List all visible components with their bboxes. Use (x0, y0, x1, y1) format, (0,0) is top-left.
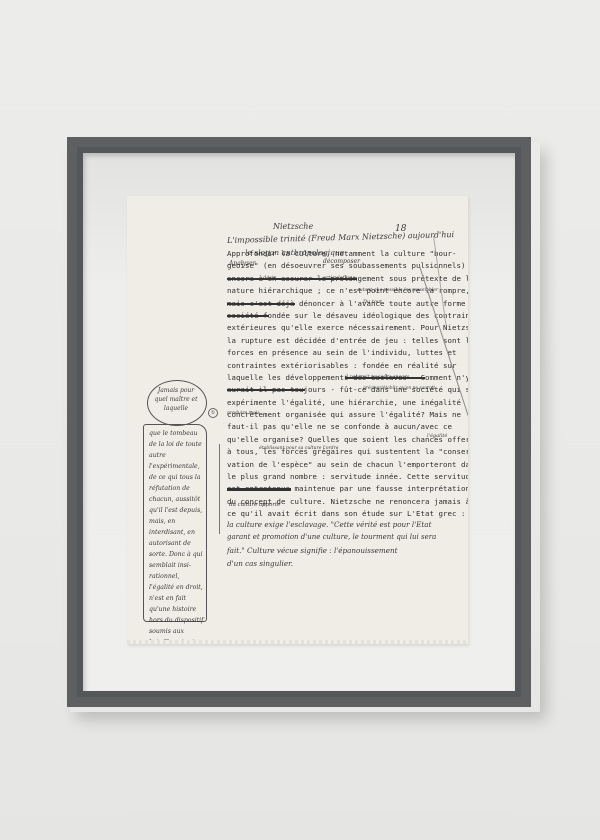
typed-line: Approfondir la culture, notamment la cul… (227, 248, 465, 260)
typed-line: le plus grand nombre : servitude innée. … (227, 471, 465, 483)
strikethrough-mark (345, 377, 425, 379)
strikethrough-mark (227, 315, 269, 317)
margin-marker: ① (208, 408, 218, 418)
typed-line: la rupture est décidée d'entrée de jeu :… (227, 335, 465, 347)
strikethrough-mark (227, 389, 305, 391)
strikethrough-mark (227, 488, 291, 491)
title-annotation: Nietzsche (273, 222, 313, 231)
typed-line: du concept de culture. Nietzsche ne reno… (227, 496, 465, 508)
typed-line: expérimente l'égalité, une hiérarchie, u… (227, 397, 465, 409)
handwritten-continuation-line: la culture exige l'esclavage. "Cette vér… (227, 520, 431, 529)
typed-line: extérieures qu'elle exerce nécessairemen… (227, 322, 465, 334)
margin-connector-line (219, 444, 220, 534)
typed-line: ce qu'il avait écrit dans son étude sur … (227, 508, 465, 520)
typed-body: Approfondir la culture, notamment la cul… (227, 248, 465, 521)
handwritten-continuation-line: d'un cas singulier. (227, 559, 293, 568)
handwritten-continuation-line: fait." Culture vécue signifie : l'épanou… (227, 546, 398, 555)
typed-line: forces en présence au sein de l'individu… (227, 347, 465, 359)
handwritten-heading-line-1: L'impossible trinité (Freud Marx Nietzsc… (227, 230, 454, 245)
typed-line: vation de l'espèce" au sein de chacun l'… (227, 459, 465, 471)
typed-line: contraintes extériorisables : fondée en … (227, 360, 465, 372)
typed-line: geoise" (en désoeuvrer ses soubassements… (227, 260, 465, 272)
margin-note-text: que le tombeau de la loi de toute autre … (149, 428, 205, 644)
typed-line: concrètement organisée qui assure l'égal… (227, 409, 465, 421)
typed-line: à tous, les forces grégaires qui sustent… (227, 446, 465, 458)
margin-bubble-text: Jamais pour quel maître et laquelle (151, 386, 201, 413)
typed-line: qu'elle organise? Quelles que soient les… (227, 434, 465, 446)
typed-line: faut-il pas qu'elle ne se confonde à auc… (227, 421, 465, 433)
manuscript-page: Nietzsche 18 L'impossible trinité (Freud… (127, 196, 468, 644)
strikethrough-mark (227, 303, 295, 305)
strikethrough-mark (227, 278, 357, 280)
handwritten-continuation-line: garant et promotion d'une culture, le to… (227, 533, 436, 541)
